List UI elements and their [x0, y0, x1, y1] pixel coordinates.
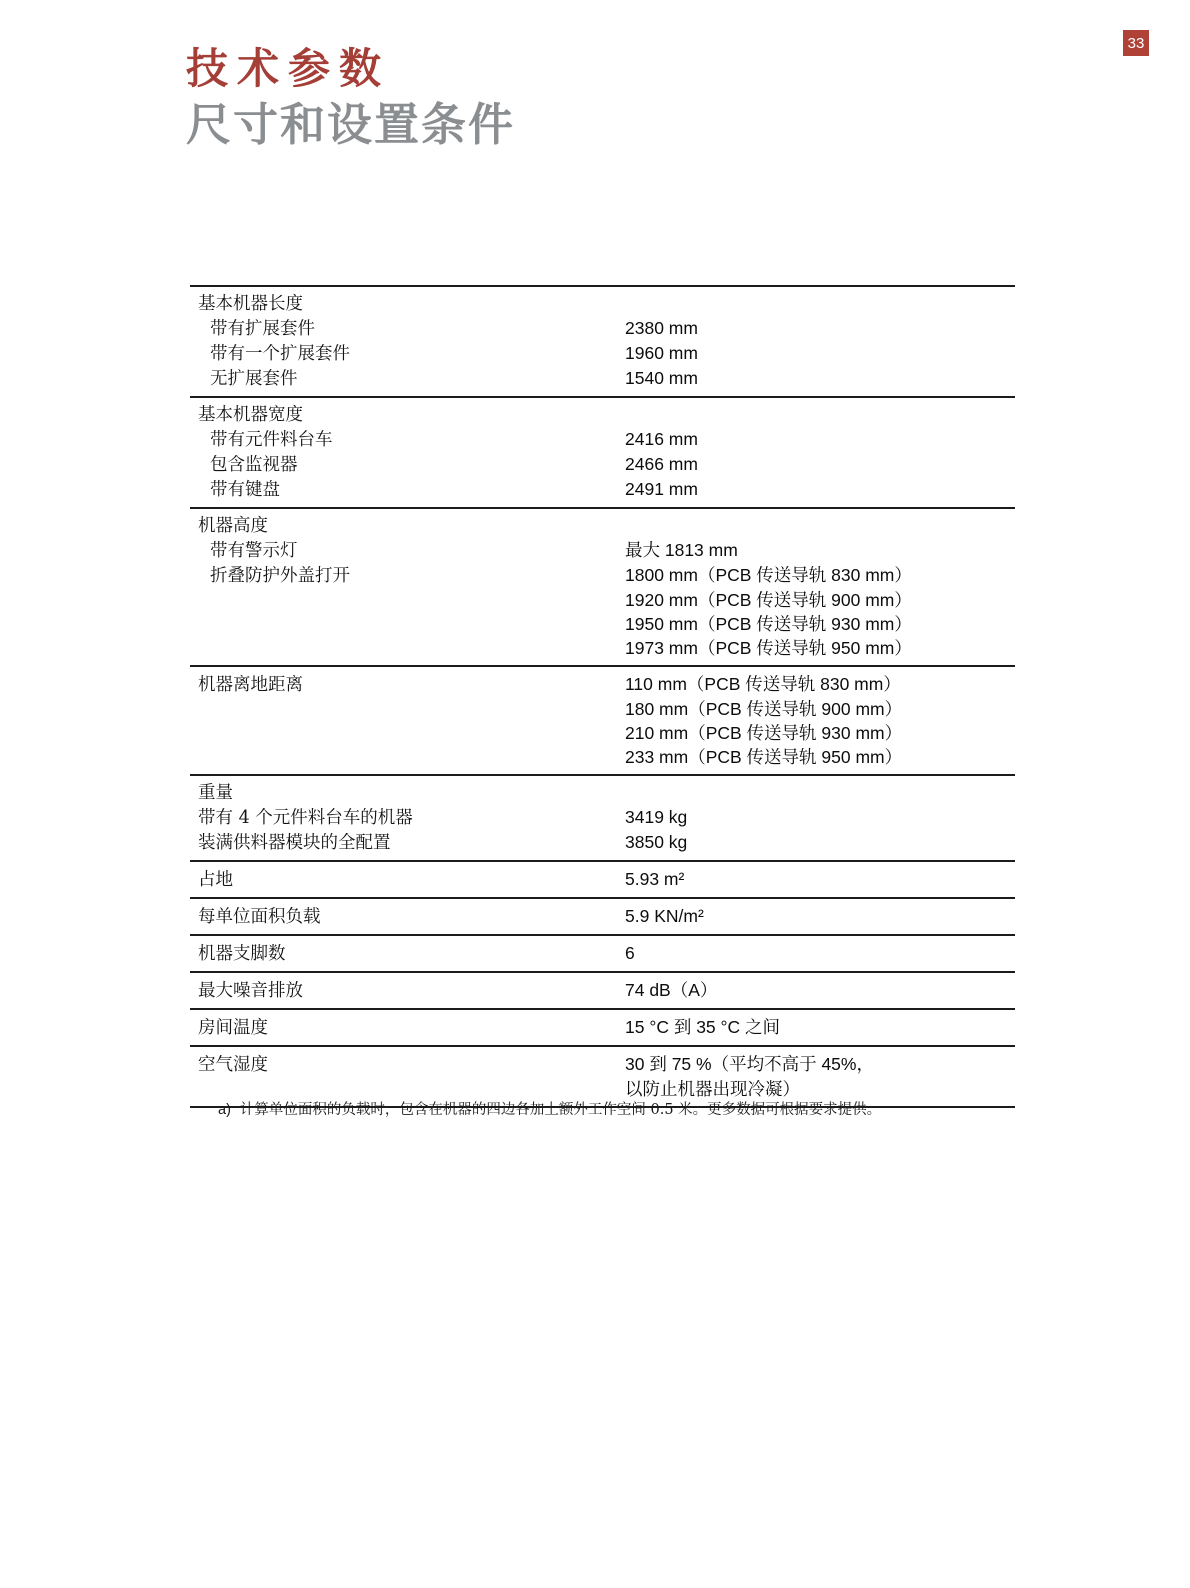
spec-value: 以防止机器出现冷凝） [625, 1077, 1015, 1101]
spec-label: 包含监视器 [198, 453, 625, 477]
spec-row: 带有警示灯 最大 1813 mm [190, 538, 1015, 563]
spec-label: 带有扩展套件 [198, 317, 625, 341]
spec-value: 5.9 KN/m² [625, 904, 1015, 928]
spec-row: 机器高度 [190, 514, 1015, 538]
spec-label: 机器离地距离 [198, 673, 625, 697]
spec-row: 空气湿度 30 到 75 %（平均不高于 45%， [190, 1052, 1015, 1077]
spec-label: 带有元件料台车 [198, 428, 625, 452]
spec-value: 1960 mm [625, 341, 1015, 365]
spec-label: 带有一个扩展套件 [198, 342, 625, 366]
spec-row: 机器离地距离 110 mm（PCB 传送导轨 830 mm） [190, 672, 1015, 697]
spec-row: 带有一个扩展套件 1960 mm [190, 341, 1015, 366]
spec-value: 2466 mm [625, 452, 1015, 476]
spec-value: 最大 1813 mm [625, 538, 1015, 562]
spec-row: 1973 mm（PCB 传送导轨 950 mm） [190, 636, 1015, 660]
page-number: 33 [1128, 35, 1145, 52]
spec-value: 1920 mm（PCB 传送导轨 900 mm） [625, 588, 1015, 612]
footnote: a) 计算单位面积的负载时，包含在机器的四边各加上额外工作空间 0.5 米。更多… [218, 1100, 1058, 1120]
spec-row: 重量 [190, 781, 1015, 805]
spec-section-room-temperature: 房间温度 15 °C 到 35 °C 之间 [190, 1008, 1015, 1045]
spec-value: 6 [625, 941, 1015, 965]
spec-row: 带有键盘 2491 mm [190, 477, 1015, 502]
spec-label: 每单位面积负载 [198, 905, 625, 929]
spec-value: 5.93 m² [625, 867, 1015, 891]
spec-value: 2380 mm [625, 316, 1015, 340]
spec-value: 110 mm（PCB 传送导轨 830 mm） [625, 672, 1015, 696]
spec-label: 空气湿度 [198, 1053, 625, 1077]
spec-value: 1540 mm [625, 366, 1015, 390]
page-number-badge: 33 [1123, 30, 1149, 56]
spec-row: 233 mm（PCB 传送导轨 950 mm） [190, 745, 1015, 769]
page-subtitle: 尺寸和设置条件 [186, 100, 515, 150]
spec-label: 带有警示灯 [198, 539, 625, 563]
spec-label: 带有 4 个元件料台车的机器 [198, 806, 625, 830]
spec-row: 房间温度 15 °C 到 35 °C 之间 [190, 1015, 1015, 1040]
spec-label: 无扩展套件 [198, 367, 625, 391]
spec-row: 装满供料器模块的全配置 3850 kg [190, 830, 1015, 855]
spec-row: 占地 5.93 m² [190, 867, 1015, 892]
spec-row: 以防止机器出现冷凝） [190, 1077, 1015, 1101]
spec-value: 1950 mm（PCB 传送导轨 930 mm） [625, 612, 1015, 636]
spec-section-machine-length: 基本机器长度 带有扩展套件 2380 mm 带有一个扩展套件 1960 mm 无… [190, 285, 1015, 396]
spec-section-machine-height: 机器高度 带有警示灯 最大 1813 mm 折叠防护外盖打开 1800 mm（P… [190, 507, 1015, 665]
spec-value: 180 mm（PCB 传送导轨 900 mm） [625, 697, 1015, 721]
spec-row: 1950 mm（PCB 传送导轨 930 mm） [190, 612, 1015, 636]
spec-row: 无扩展套件 1540 mm [190, 366, 1015, 391]
spec-label: 折叠防护外盖打开 [198, 564, 625, 588]
spec-row: 180 mm（PCB 传送导轨 900 mm） [190, 697, 1015, 721]
spec-value: 3850 kg [625, 830, 1015, 854]
spec-value: 2491 mm [625, 477, 1015, 501]
spec-row: 每单位面积负载 5.9 KN/m² [190, 904, 1015, 929]
spec-value: 2416 mm [625, 427, 1015, 451]
spec-label: 带有键盘 [198, 478, 625, 502]
spec-row: 1920 mm（PCB 传送导轨 900 mm） [190, 588, 1015, 612]
spec-value: 74 dB（A） [625, 978, 1015, 1002]
spec-label: 机器高度 [198, 514, 625, 538]
spec-label: 基本机器长度 [198, 292, 625, 316]
spec-row: 210 mm（PCB 传送导轨 930 mm） [190, 721, 1015, 745]
spec-section-humidity: 空气湿度 30 到 75 %（平均不高于 45%， 以防止机器出现冷凝） [190, 1045, 1015, 1106]
spec-value: 1800 mm（PCB 传送导轨 830 mm） [625, 563, 1015, 587]
spec-row: 机器支脚数 6 [190, 941, 1015, 966]
spec-row: 最大噪音排放 74 dB（A） [190, 978, 1015, 1003]
spec-row: 包含监视器 2466 mm [190, 452, 1015, 477]
footnote-marker: a) [218, 1100, 231, 1120]
spec-label: 机器支脚数 [198, 942, 625, 966]
page-title: 技术参数 [186, 46, 390, 92]
footnote-text: 计算单位面积的负载时，包含在机器的四边各加上额外工作空间 0.5 米。更多数据可… [240, 1100, 881, 1120]
spec-section-ground-clearance: 机器离地距离 110 mm（PCB 传送导轨 830 mm） 180 mm（PC… [190, 665, 1015, 774]
spec-section-machine-feet: 机器支脚数 6 [190, 934, 1015, 971]
spec-section-floor-space: 占地 5.93 m² [190, 860, 1015, 897]
spec-row: 带有元件料台车 2416 mm [190, 427, 1015, 452]
spec-value: 1973 mm（PCB 传送导轨 950 mm） [625, 636, 1015, 660]
spec-label: 重量 [198, 781, 625, 805]
spec-label: 房间温度 [198, 1016, 625, 1040]
spec-value: 15 °C 到 35 °C 之间 [625, 1015, 1015, 1039]
spec-section-weight: 重量 带有 4 个元件料台车的机器 3419 kg 装满供料器模块的全配置 38… [190, 774, 1015, 860]
spec-label: 基本机器宽度 [198, 403, 625, 427]
spec-label: 最大噪音排放 [198, 979, 625, 1003]
spec-row: 折叠防护外盖打开 1800 mm（PCB 传送导轨 830 mm） [190, 563, 1015, 588]
spec-section-machine-width: 基本机器宽度 带有元件料台车 2416 mm 包含监视器 2466 mm 带有键… [190, 396, 1015, 507]
spec-section-area-load: 每单位面积负载 5.9 KN/m² [190, 897, 1015, 934]
spec-row: 基本机器宽度 [190, 403, 1015, 427]
spec-value: 233 mm（PCB 传送导轨 950 mm） [625, 745, 1015, 769]
spec-label: 占地 [198, 868, 625, 892]
spec-section-noise: 最大噪音排放 74 dB（A） [190, 971, 1015, 1008]
spec-row: 带有 4 个元件料台车的机器 3419 kg [190, 805, 1015, 830]
spec-table: 基本机器长度 带有扩展套件 2380 mm 带有一个扩展套件 1960 mm 无… [190, 285, 1015, 1108]
spec-value: 30 到 75 %（平均不高于 45%， [625, 1052, 1015, 1076]
spec-row: 带有扩展套件 2380 mm [190, 316, 1015, 341]
spec-value: 3419 kg [625, 805, 1015, 829]
spec-row: 基本机器长度 [190, 292, 1015, 316]
spec-label: 装满供料器模块的全配置 [198, 831, 625, 855]
spec-value: 210 mm（PCB 传送导轨 930 mm） [625, 721, 1015, 745]
